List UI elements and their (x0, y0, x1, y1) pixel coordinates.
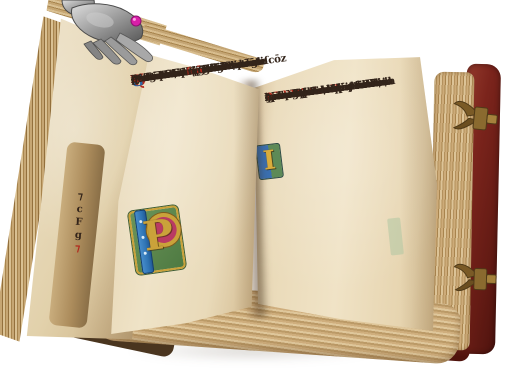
brass-clasp-icon (450, 94, 502, 143)
hidden-page-letter: g (69, 229, 88, 243)
brass-clasp-icon (449, 257, 502, 301)
initial-letter: P (131, 201, 185, 271)
illuminated-initial-p: P (128, 205, 186, 275)
hidden-page-letter: ⁊ (68, 242, 87, 256)
hidden-page-letter: ⁊ (71, 190, 90, 204)
hidden-page-letter: F (70, 216, 89, 230)
silver-hand-clasp-icon (58, 0, 166, 68)
manuscript-photo: ⁊cFg⁊ pducat nos dn̄s ad regna celoz. V.… (0, 0, 510, 386)
hidden-page-fragments: ⁊cFg⁊ (68, 190, 89, 256)
pink-gem (131, 16, 141, 26)
hidden-page-letter: c (70, 203, 89, 217)
